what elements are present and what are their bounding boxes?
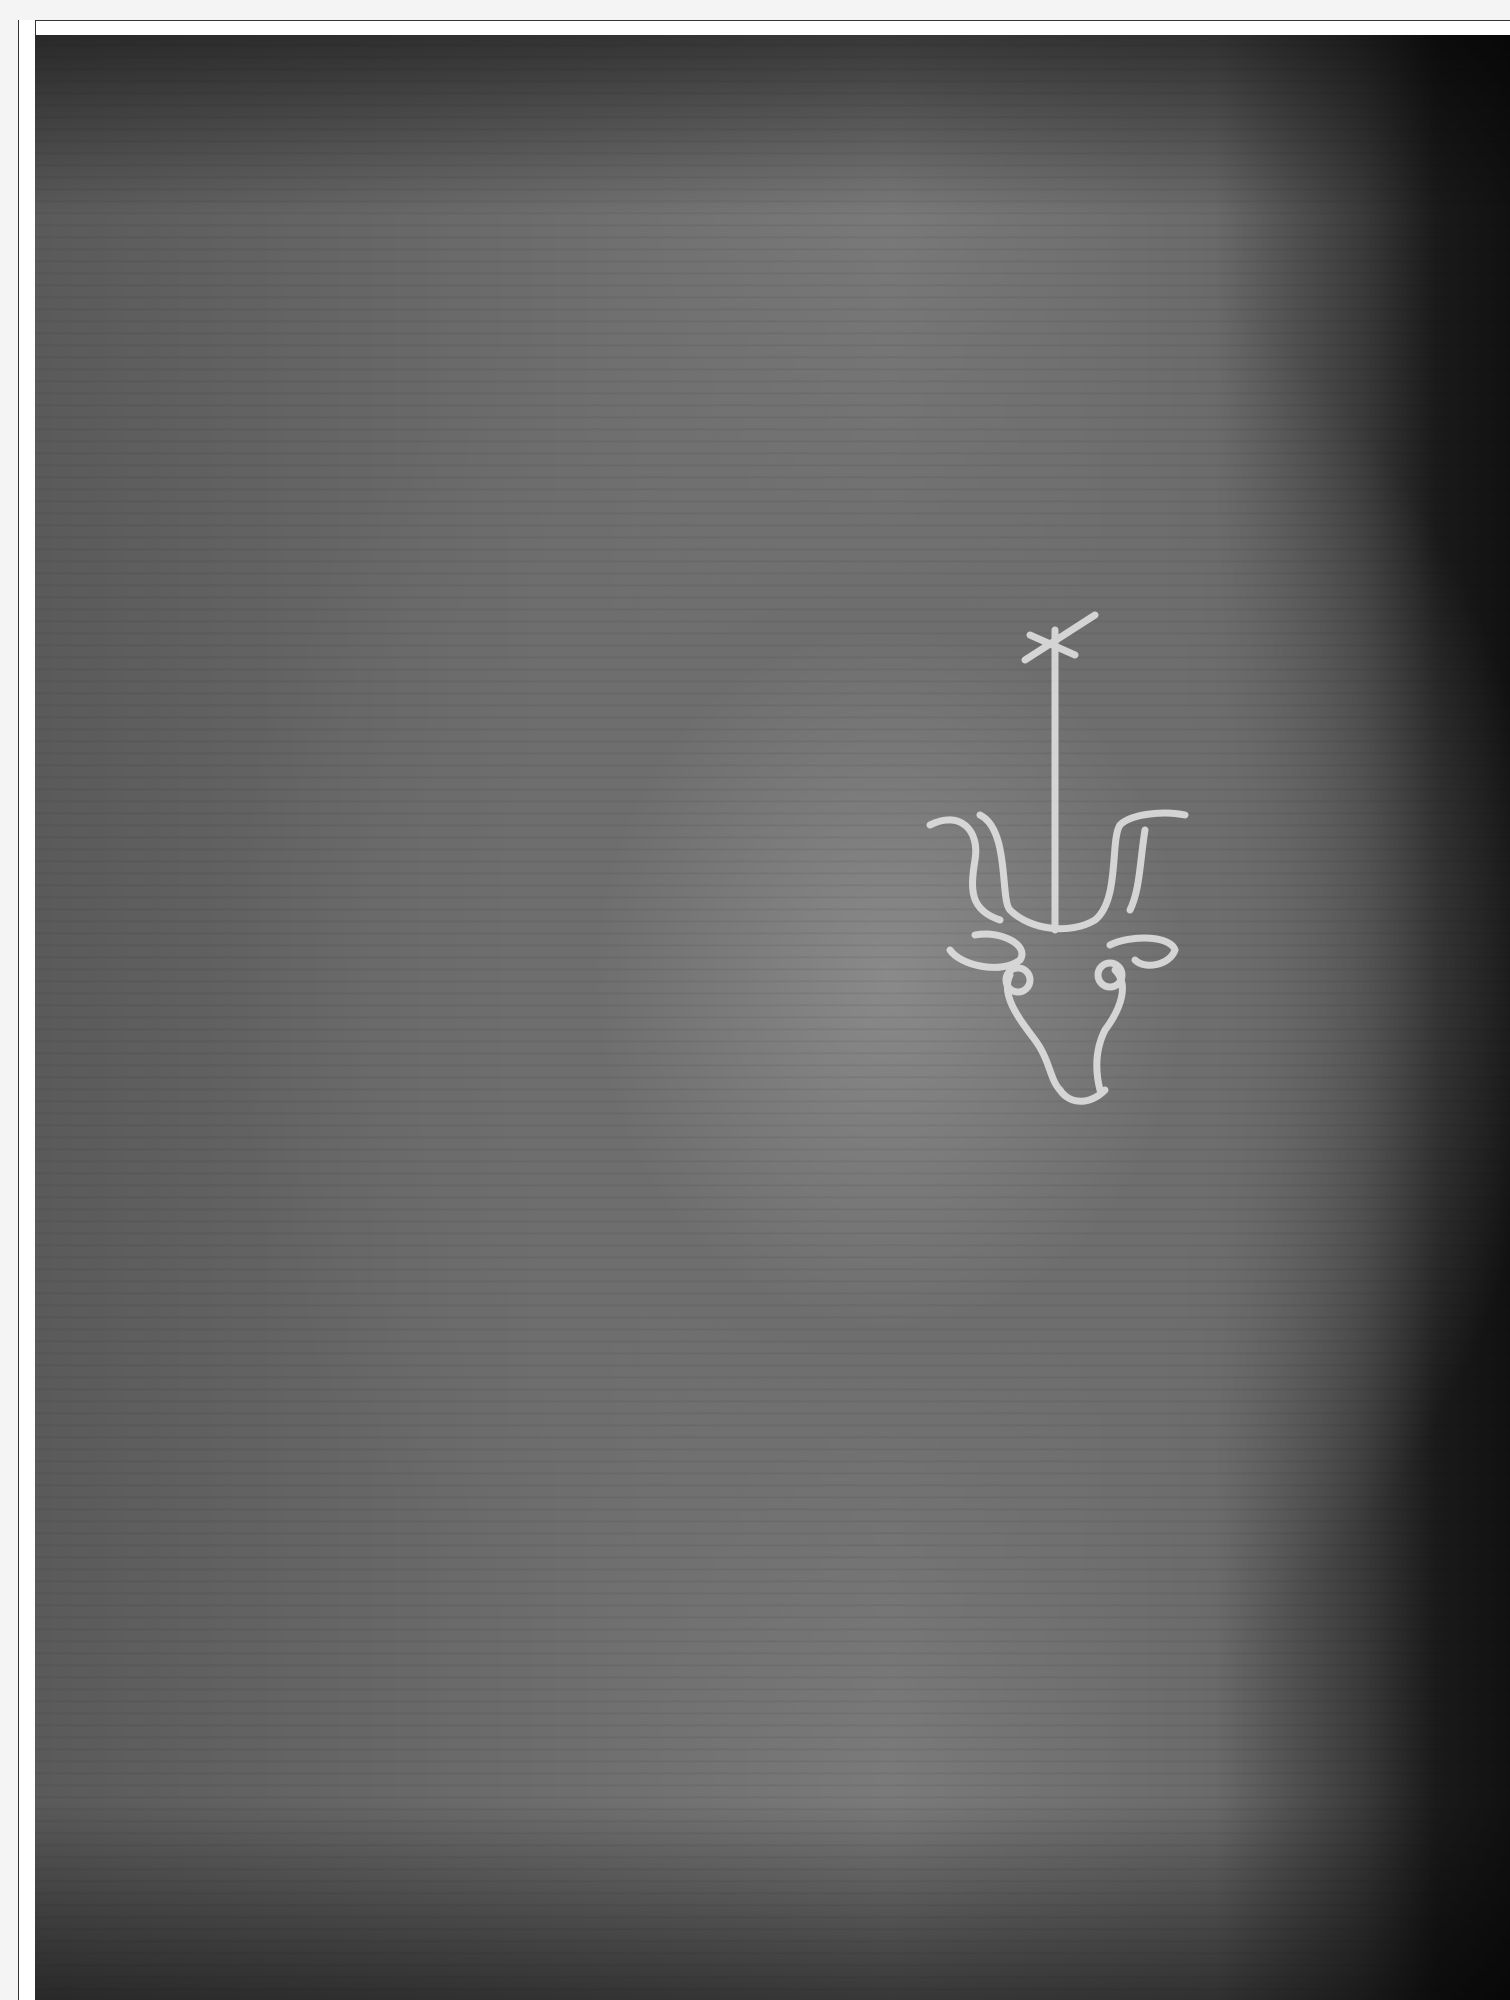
drawn-figure [900,600,1250,1250]
top-ruler-bar [18,20,1510,36]
top-ruler [0,0,1510,34]
scan-top-shadow [35,35,1510,215]
manuscript-scan [35,35,1510,2000]
scan-bottom-shadow [35,1800,1510,2000]
left-ruler [0,0,34,2000]
left-ruler-bar [18,20,36,2000]
